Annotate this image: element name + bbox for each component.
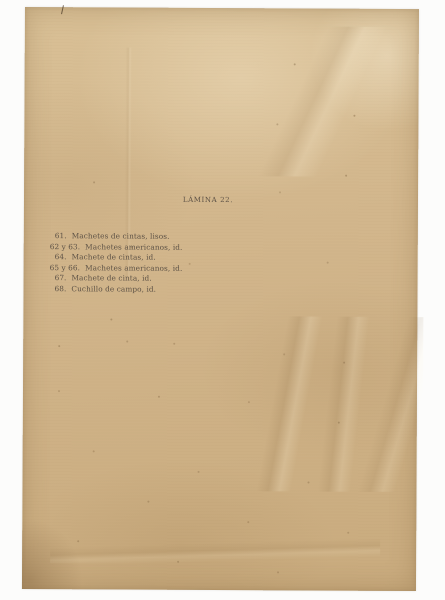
scanned-page: LÁMINA 22. 61.Machetes de cintas, lisos.… [22,7,419,591]
item-text: Machetes americanos, id. [85,242,182,252]
list-item: 62 y 63.Machetes americanos, id. [50,242,183,253]
paper-crease-right [222,316,423,492]
item-text: Machete de cinta, id. [71,274,151,283]
item-text: Cuchillo de campo, id. [71,284,156,293]
paper-crease-bottom [50,537,380,565]
list-item: 67.Machete de cinta, id. [55,274,183,285]
fiber-mark [61,5,64,14]
item-number: 67. [55,274,67,285]
item-number: 62 y 63. [50,242,81,253]
scan-background: LÁMINA 22. 61.Machetes de cintas, lisos.… [0,0,445,600]
item-number: 64. [55,252,67,263]
paper-corner-smudge [22,515,86,589]
list-item: 65 y 66.Machetes americanos, id. [50,263,183,274]
list-item: 68.Cuchillo de campo, id. [54,284,182,295]
list-item: 61.Machetes de cintas, lisos. [55,231,183,242]
item-text: Machete de cintas, id. [72,252,156,261]
item-text: Machetes de cintas, lisos. [72,231,170,241]
paper-crease-top-right [216,26,427,177]
item-number: 61. [55,231,67,242]
paper-speckles [25,7,27,9]
plate-list: 61.Machetes de cintas, lisos. 62 y 63.Ma… [49,231,182,295]
plate-heading: LÁMINA 22. [11,195,405,205]
list-item: 64.Machete de cintas, id. [55,252,183,263]
item-number: 65 y 66. [50,263,81,274]
item-number: 68. [54,284,66,295]
item-text: Machetes americanos, id. [85,263,182,273]
